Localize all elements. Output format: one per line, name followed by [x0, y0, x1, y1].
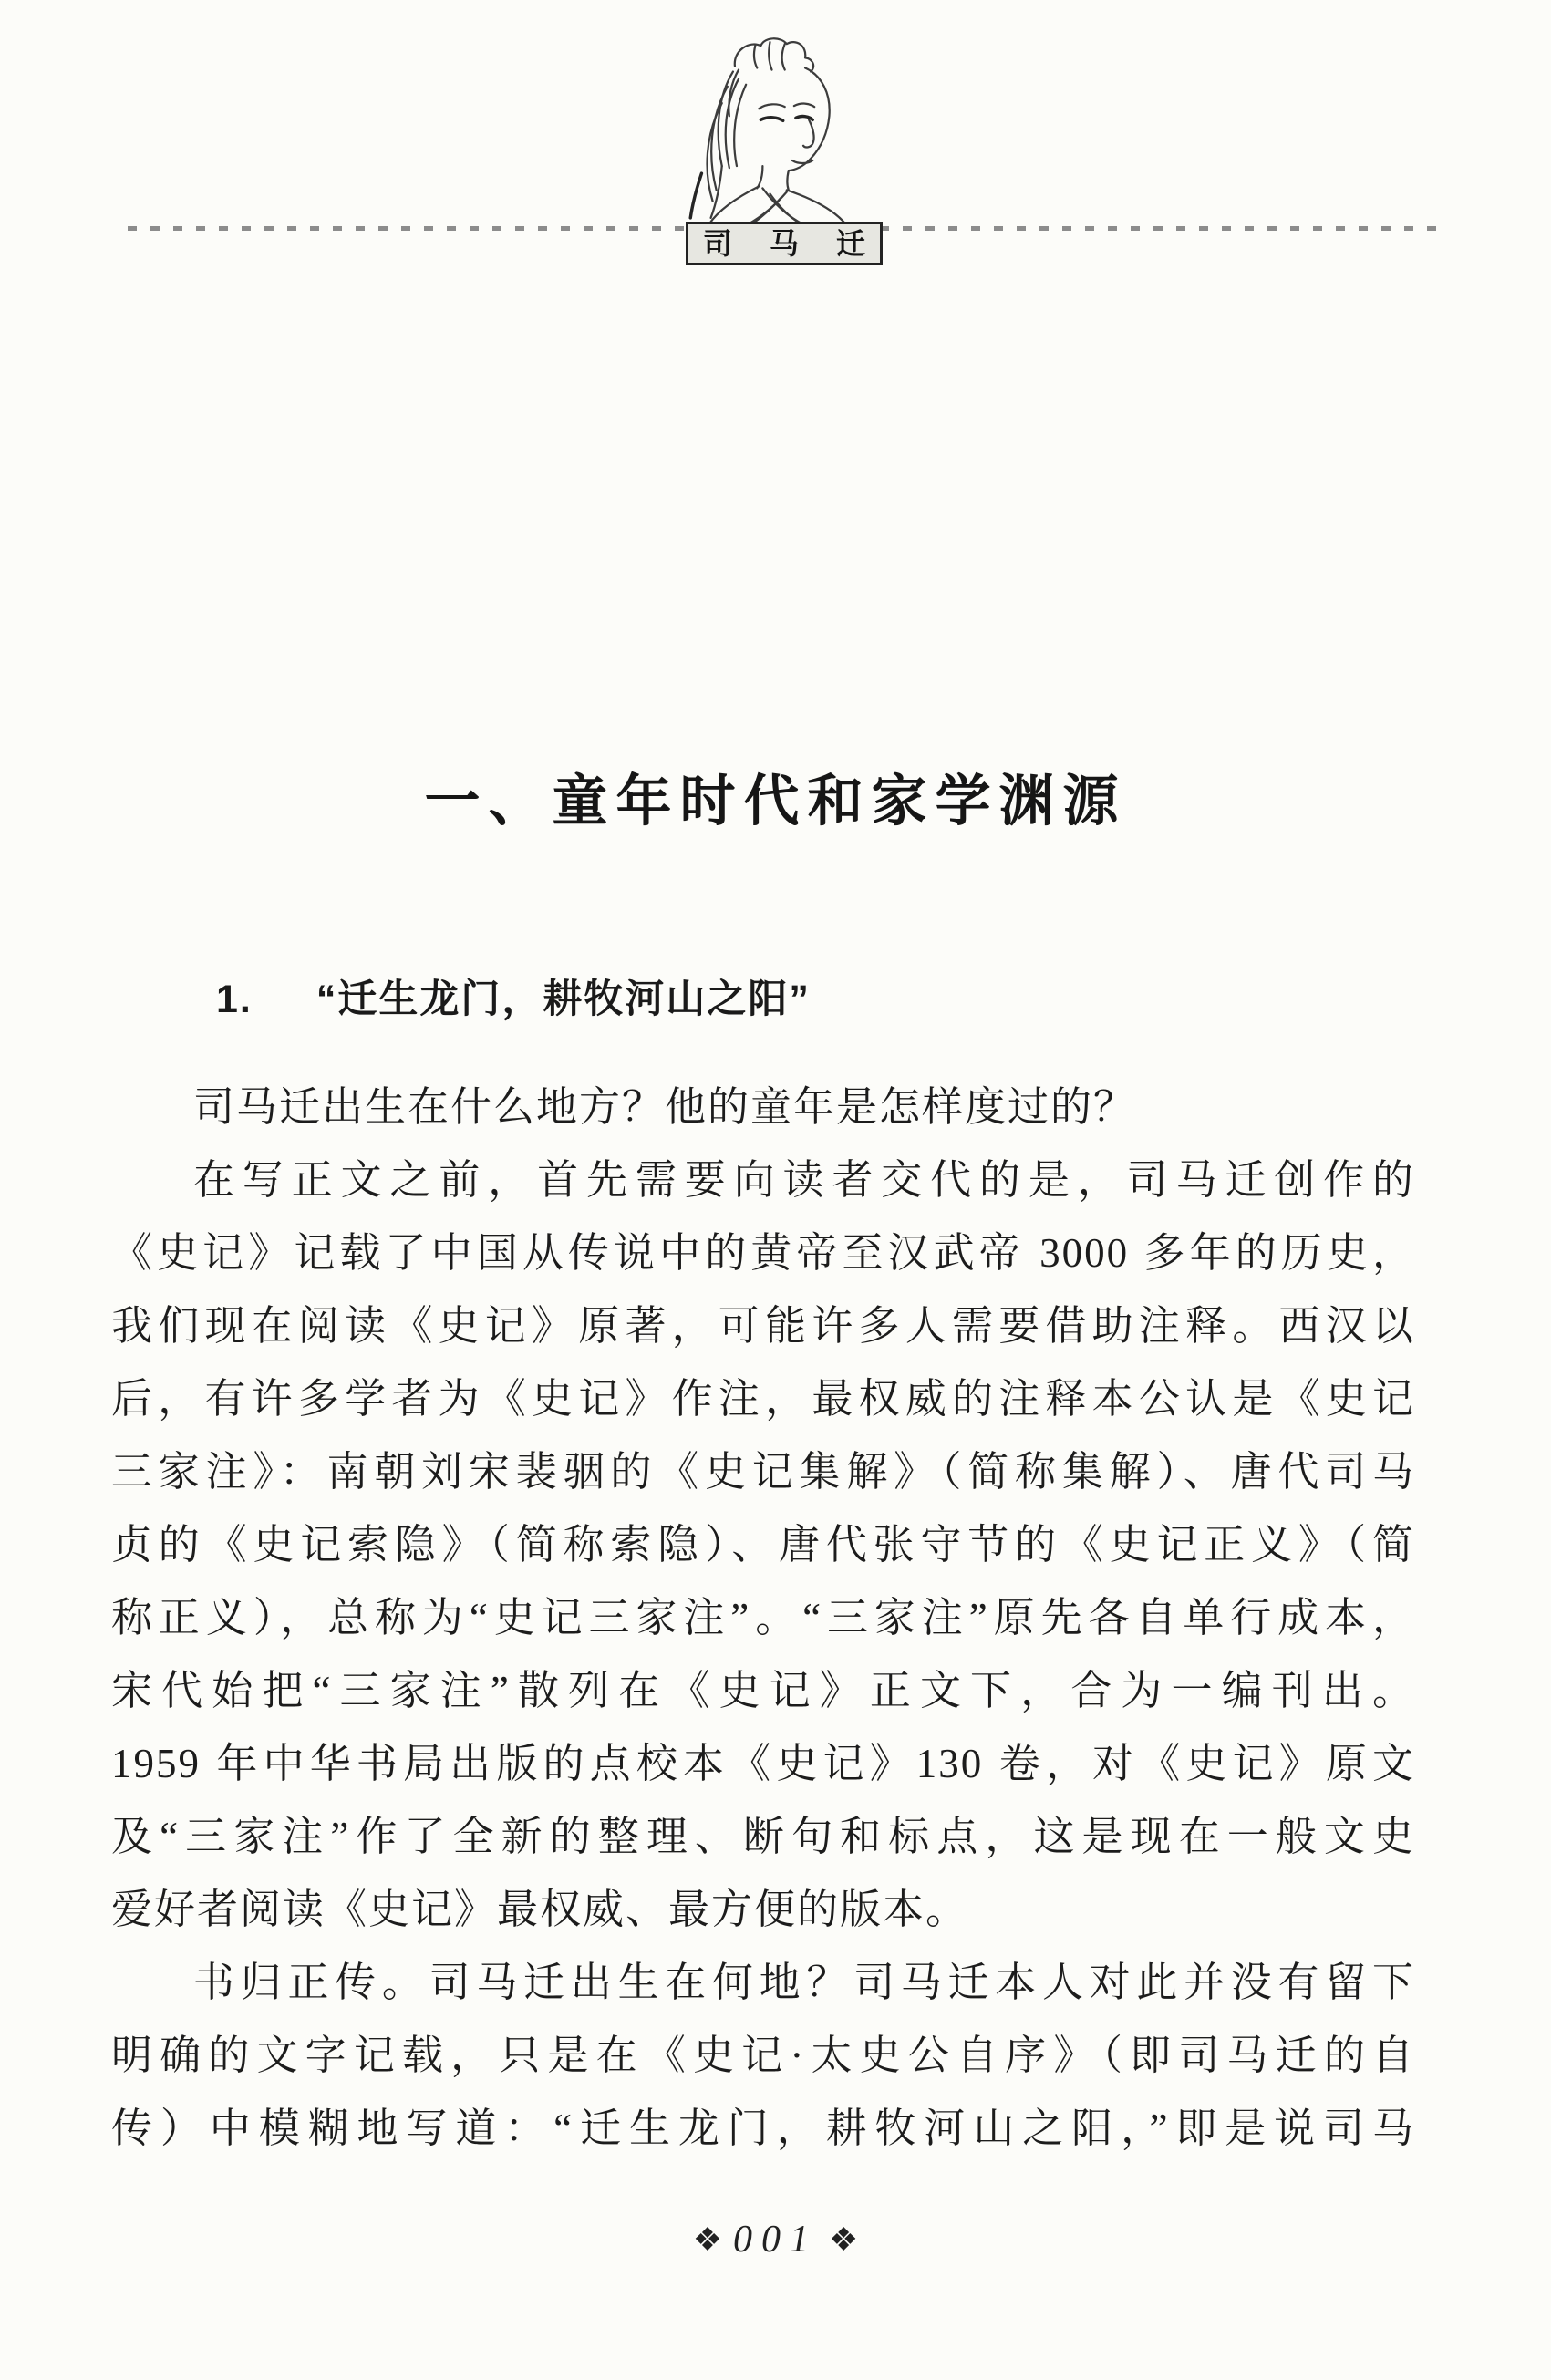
body-line: 书归正传。司马迁出生在何地？司马迁本人对此并没有留下: [111, 1946, 1415, 2019]
body-line: 1959 年中华书局出版的点校本《史记》130 卷，对《史记》原文: [111, 1727, 1415, 1800]
body-line: 及“三家注”作了全新的整理、断句和标点，这是现在一般文史: [111, 1800, 1415, 1873]
section-number: 1.: [216, 978, 253, 1021]
body-line: 传）中模糊地写道：“迁生龙门，耕牧河山之阳，”即是说司马: [111, 2092, 1415, 2165]
body-line: 《史记》记载了中国从传说中的黄帝至汉武帝 3000 多年的历史，: [111, 1216, 1415, 1289]
body-line: 在写正文之前，首先需要向读者交代的是，司马迁创作的: [111, 1143, 1415, 1216]
body-line: 称正义），总称为“史记三家注”。“三家注”原先各自单行成本，: [111, 1581, 1415, 1654]
chapter-title: 一、童年时代和家学渊源: [0, 757, 1551, 836]
body-line: 司马迁出生在什么地方？他的童年是怎样度过的？: [111, 1071, 1415, 1143]
simaqian-portrait-illustration: [677, 35, 863, 224]
body-line: 贞的《史记索隐》（简称索隐）、唐代张守节的《史记正义》（简: [111, 1508, 1415, 1581]
body-line: 后，有许多学者为《史记》作注，最权威的注释本公认是《史记: [111, 1362, 1415, 1435]
page-number: 001: [733, 2219, 818, 2261]
section-heading: 1. “迁生龙门，耕牧河山之阳”: [216, 968, 811, 1024]
page-footer: ❖ 001 ❖: [0, 2218, 1551, 2261]
ornament-icon: ❖: [829, 2221, 858, 2258]
body-text: 司马迁出生在什么地方？他的童年是怎样度过的？ 在写正文之前，首先需要向读者交代的…: [111, 1071, 1415, 2165]
ornament-icon: ❖: [693, 2221, 722, 2258]
body-line: 明确的文字记载，只是在《史记·太史公自序》（即司马迁的自: [111, 2019, 1415, 2092]
section-title: “迁生龙门，耕牧河山之阳”: [316, 978, 811, 1021]
body-line: 爱好者阅读《史记》最权威、最方便的版本。: [111, 1873, 1415, 1946]
body-line: 我们现在阅读《史记》原著，可能许多人需要借助注释。西汉以: [111, 1289, 1415, 1362]
body-line: 三家注》：南朝刘宋裴骃的《史记集解》（简称集解）、唐代司马: [111, 1435, 1415, 1508]
body-line: 宋代始把“三家注”散列在《史记》正文下，合为一编刊出。: [111, 1654, 1415, 1727]
book-page: 司马迁 一、童年时代和家学渊源 1. “迁生龙门，耕牧河山之阳” 司马迁出生在什…: [0, 0, 1551, 2380]
author-name-box: 司马迁: [686, 222, 883, 265]
author-name-label: 司马迁: [703, 227, 865, 260]
